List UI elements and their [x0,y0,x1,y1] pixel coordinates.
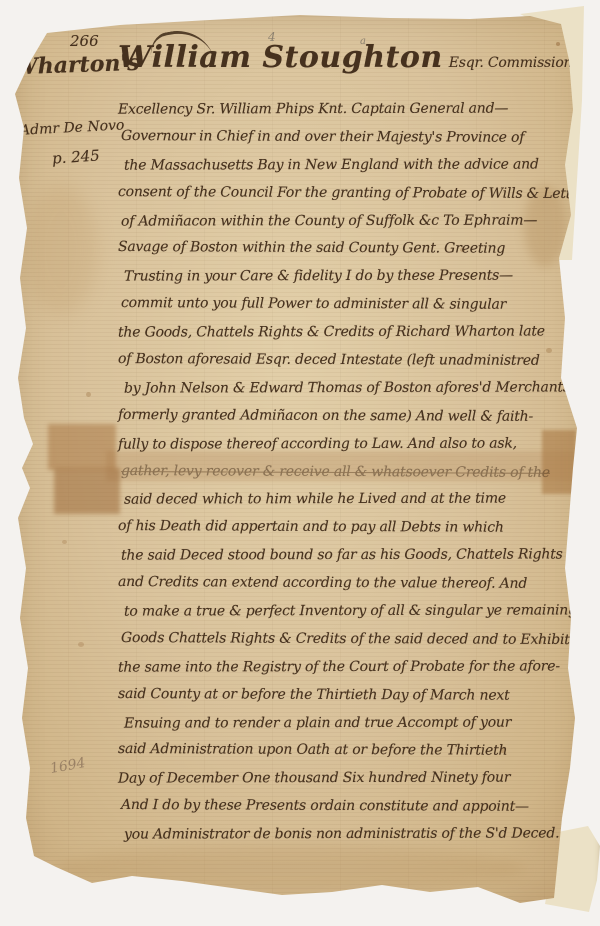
scan-background: 4 a 266 Wharton's Admr De Novo p. 245 16… [0,0,600,926]
manuscript-paper: 4 a 266 Wharton's Admr De Novo p. 245 16… [0,0,600,926]
edge-vignette [0,0,600,926]
